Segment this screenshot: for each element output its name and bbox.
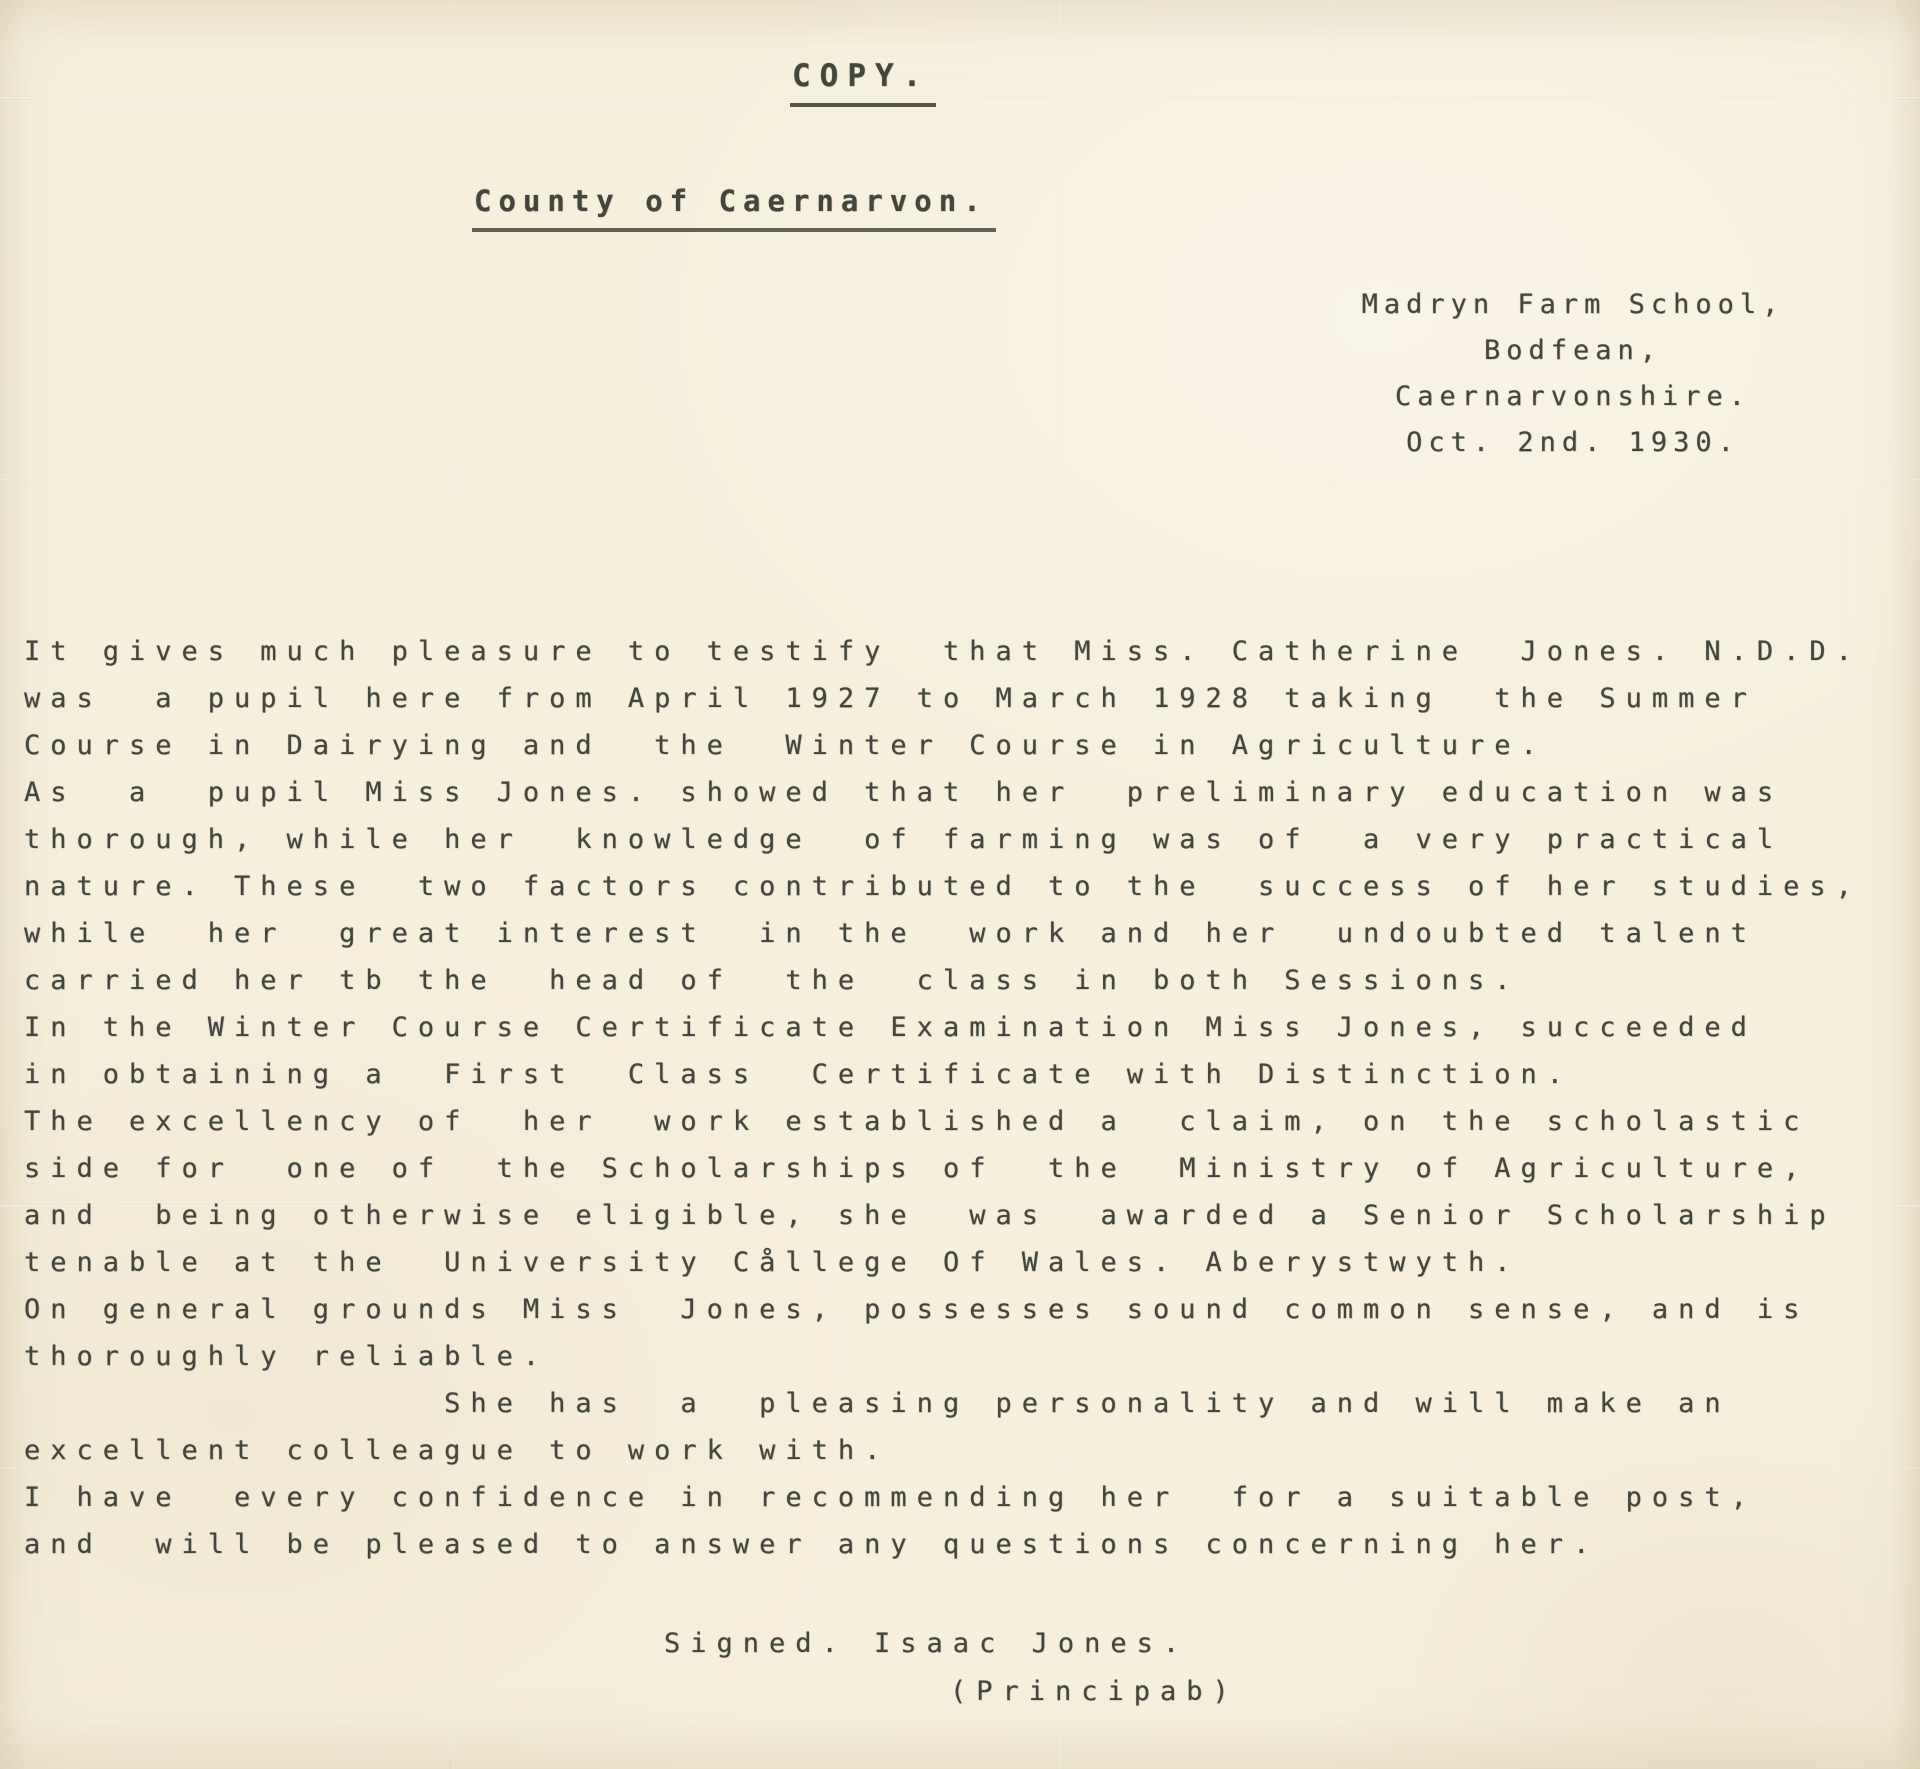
text-line: Oct. 2nd. 1930. (1318, 420, 1828, 466)
text-line: was a pupil here from April 1927 to Marc… (24, 675, 1920, 722)
letter-body: It gives much pleasure to testify that M… (24, 628, 1920, 1568)
text-line: In the Winter Course Certificate Examina… (24, 1004, 1920, 1051)
text-line: nature. These two factors contributed to… (24, 863, 1920, 910)
signature-line: Signed. Isaac Jones. (664, 1628, 1189, 1659)
text-line: side for one of the Scholarships of the … (24, 1145, 1920, 1192)
text-line: and being otherwise eligible, she was aw… (24, 1192, 1920, 1239)
text-line: Madryn Farm School, (1318, 282, 1828, 328)
scanned-letter-page: COPY. County of Caernarvon. Madryn Farm … (0, 0, 1920, 1769)
text-line: in obtaining a First Class Certificate w… (24, 1051, 1920, 1098)
text-line: excellent colleague to work with. (24, 1427, 1920, 1474)
text-line: and will be pleased to answer any questi… (24, 1521, 1920, 1568)
fold-crease-horizontal (0, 96, 1920, 99)
text-line: carried her tb the head of the class in … (24, 957, 1920, 1004)
text-line: tenable at the University Cållege Of Wal… (24, 1239, 1920, 1286)
text-line: thoroughly reliable. (24, 1333, 1920, 1380)
county-heading: County of Caernarvon. (472, 184, 996, 232)
text-line: On general grounds Miss Jones, possesses… (24, 1286, 1920, 1333)
fold-crease-horizontal (0, 478, 1920, 481)
copy-label: COPY. (790, 58, 936, 107)
text-line: Caernarvonshire. (1318, 374, 1828, 420)
text-line: while her great interest in the work and… (24, 910, 1920, 957)
text-line: thorough, while her knowledge of farming… (24, 816, 1920, 863)
text-line: Course in Dairying and the Winter Course… (24, 722, 1920, 769)
signature-title: (Principab) (950, 1676, 1239, 1707)
text-line: It gives much pleasure to testify that M… (24, 628, 1920, 675)
text-line: Bodfean, (1318, 328, 1828, 374)
address-block: Madryn Farm School,Bodfean,Caernarvonshi… (1318, 282, 1828, 466)
text-line: As a pupil Miss Jones. showed that her p… (24, 769, 1920, 816)
text-line: She has a pleasing personality and will … (24, 1380, 1920, 1427)
text-line: I have every confidence in recommending … (24, 1474, 1920, 1521)
text-line: The excellency of her work established a… (24, 1098, 1920, 1145)
